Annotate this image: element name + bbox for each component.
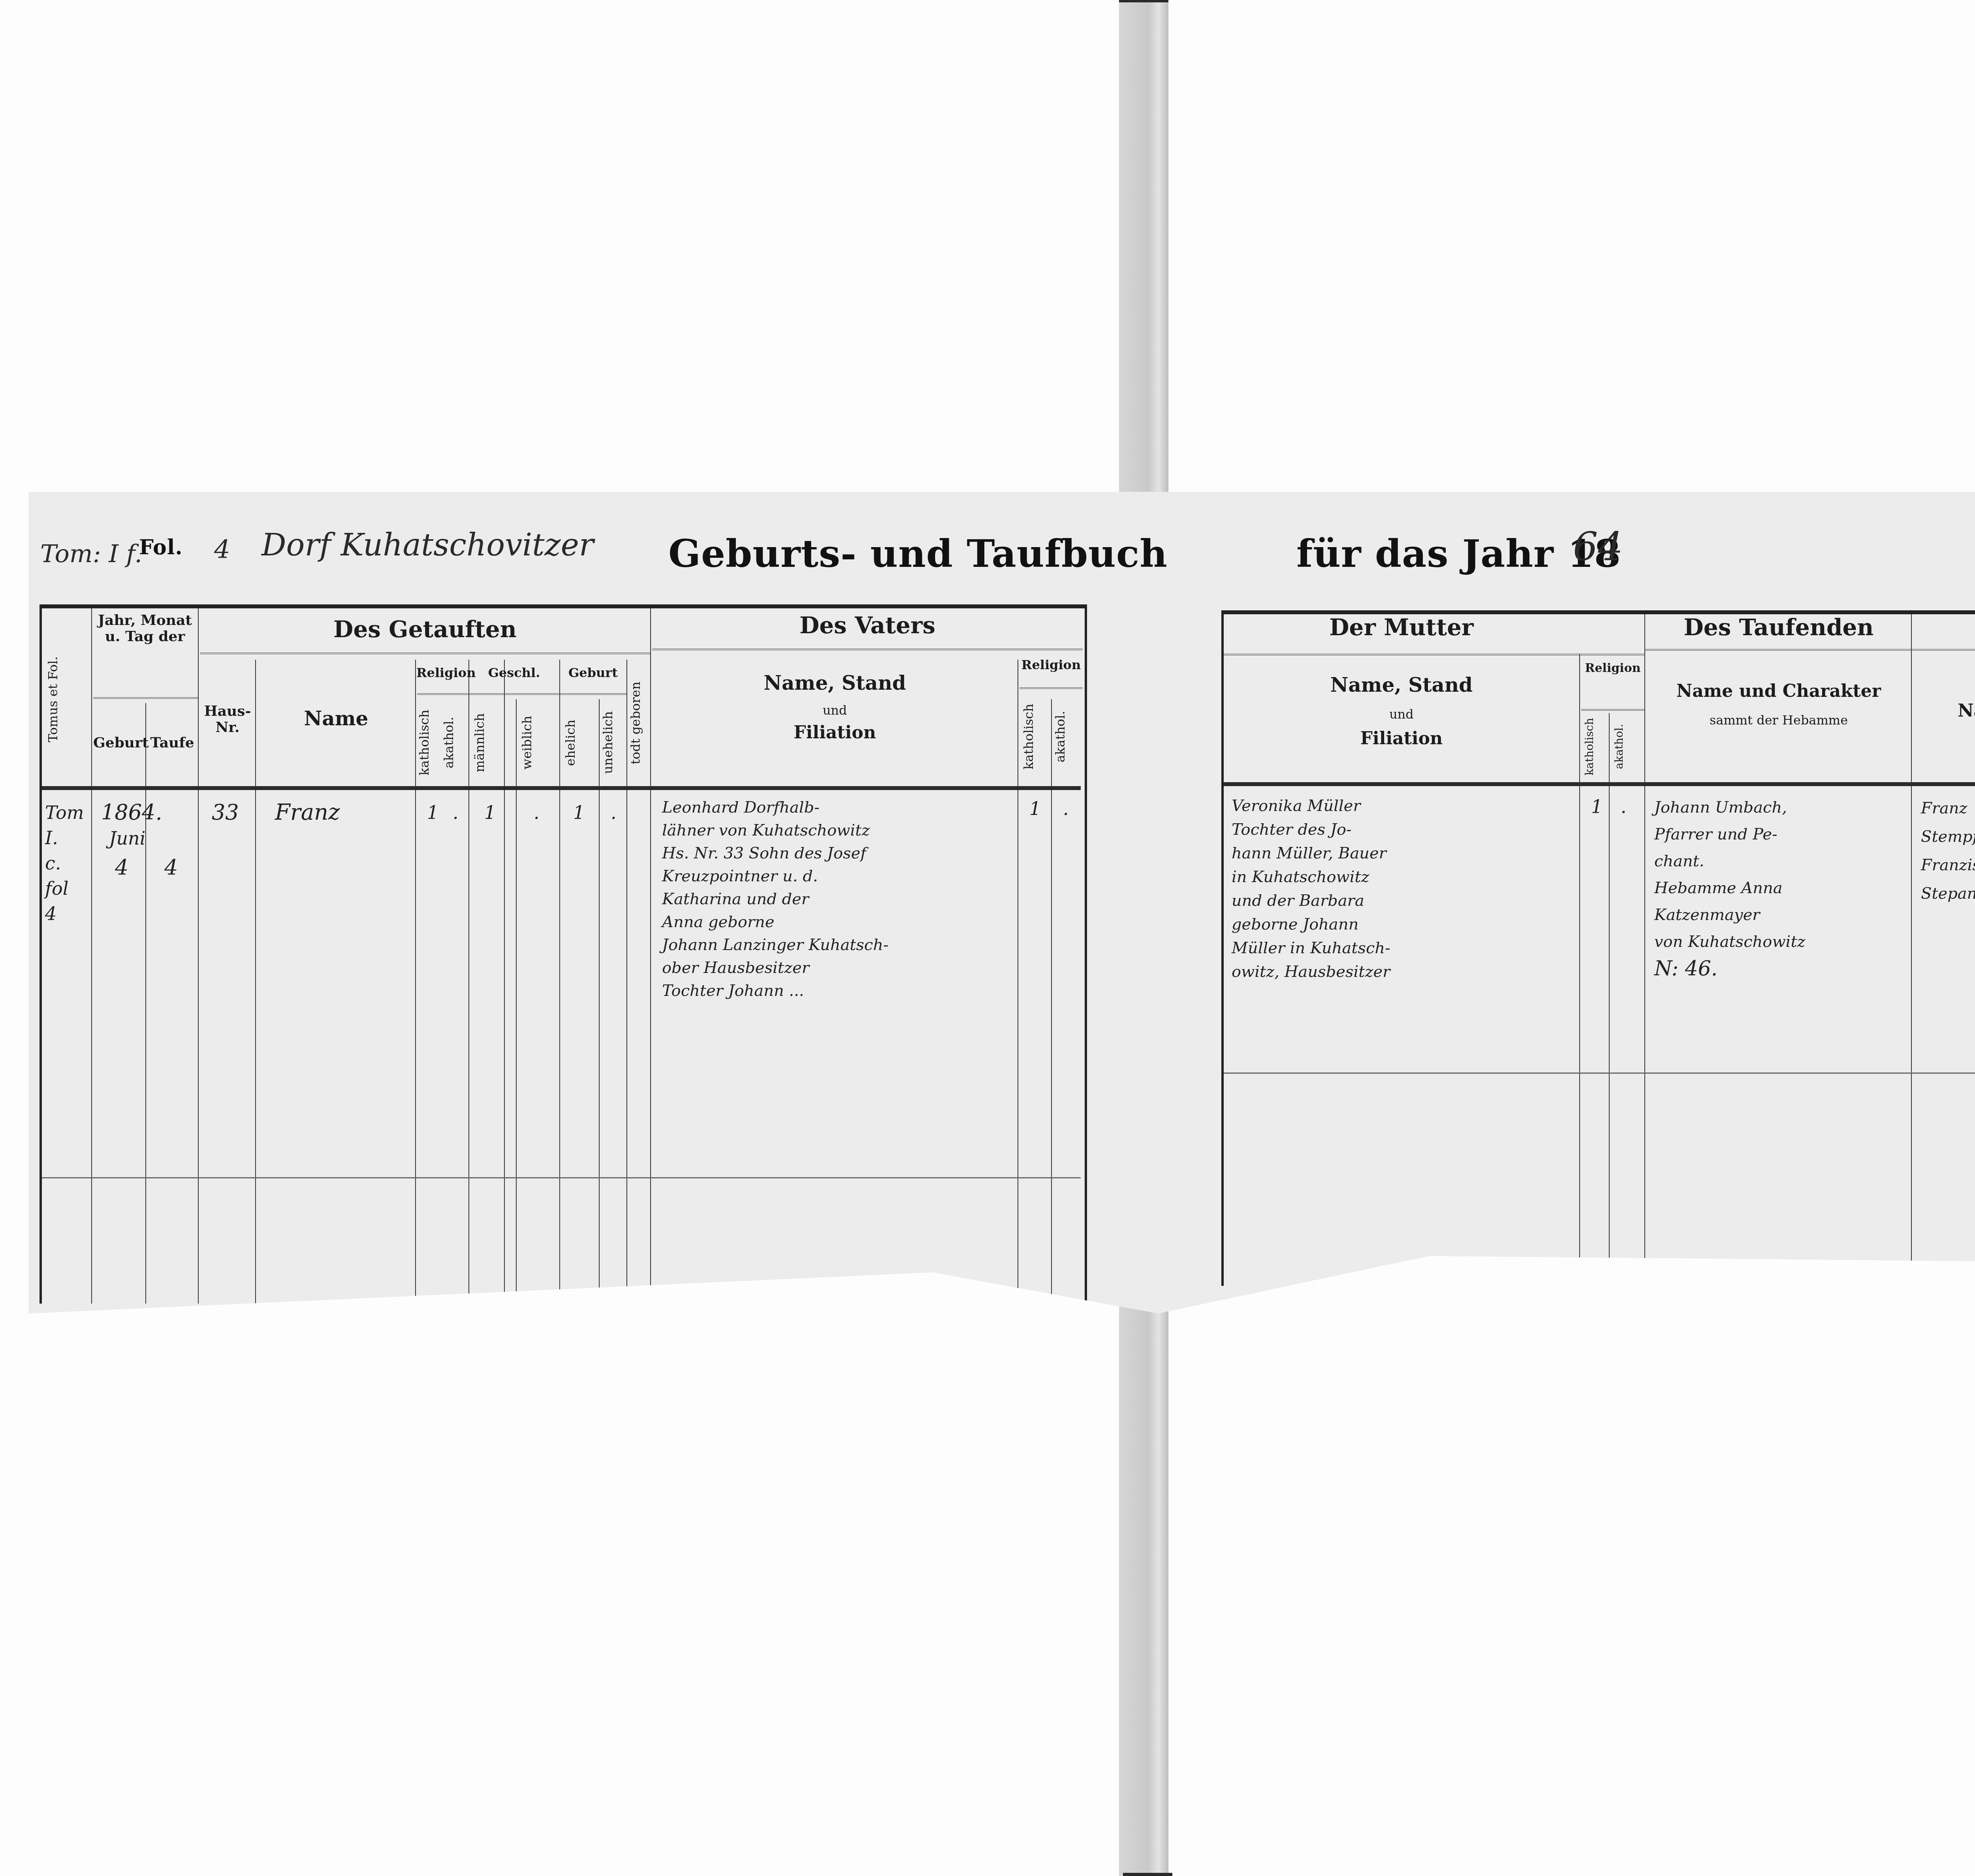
entry-separator — [1224, 1073, 1975, 1074]
header-mother-religion-cath: katholisch — [1583, 715, 1607, 778]
row-rule — [1019, 687, 1083, 689]
col-rule — [91, 608, 94, 1304]
header-baptizer-1: Name und Charakter — [1646, 681, 1911, 702]
header-stillborn: todt geboren — [628, 664, 650, 782]
register-sheet: Tom: I f. Fol. 4 Dorf Kuhatschovitzer Ge… — [28, 492, 1975, 1313]
header-godparents-group: Der Pathen — [1913, 614, 1975, 641]
header-father-name-2: und — [652, 703, 1018, 718]
header-father-religion-acath: akathol. — [1053, 695, 1081, 778]
spine-cap-bottom — [1123, 1873, 1172, 1876]
header-mother-name-2: und — [1224, 707, 1579, 722]
tomus-handwritten: Tom: I f. — [40, 539, 142, 568]
right-register-table: Der Mutter Name, Stand und Filiation Rel… — [1221, 610, 1975, 1286]
header-tomus-et-fol: Tomus et Fol. — [46, 620, 89, 778]
entry-birth-day: 4 — [115, 855, 128, 881]
entry-tomus-et-fol: Tom I. c. fol 4 — [45, 800, 90, 926]
entry-father-religion-cath: 1 — [1029, 796, 1041, 821]
col-rule — [1018, 660, 1020, 1304]
entry-house-no: 33 — [212, 800, 239, 825]
header-baptizer-2: sammt der Hebamme — [1646, 713, 1911, 728]
header-baptizer-group: Des Taufenden — [1646, 614, 1911, 641]
header-mother-name-1: Name, Stand — [1224, 674, 1579, 696]
row-rule — [652, 649, 1083, 650]
col-rule — [1609, 713, 1610, 1286]
entry-sex-male: 1 — [484, 800, 496, 825]
header-father-group: Des Vaters — [652, 612, 1083, 639]
register-title: Geburts- und Taufbuch — [668, 531, 1168, 576]
fol-value: 4 — [214, 535, 230, 564]
entry-birth-illegit: . — [611, 800, 617, 825]
spine-cap-top — [1119, 0, 1168, 2]
fol-label: Fol. — [139, 535, 183, 559]
header-father-name-3: Filiation — [652, 723, 1018, 743]
header-date-birth: Geburt — [93, 735, 145, 751]
entry-baptizer: Johann Umbach, Pfarrer und Pe- chant. He… — [1654, 794, 1907, 982]
entry-religion-cath: 1 — [427, 800, 438, 825]
entry-mother: Veronika Müller Tochter des Jo- hann Mül… — [1232, 794, 1575, 984]
col-rule — [504, 660, 505, 1304]
header-bottom-rule — [1224, 782, 1975, 786]
left-register-table: Tomus et Fol. Jahr, Monat u. Tag der Geb… — [39, 604, 1087, 1304]
col-rule — [255, 660, 256, 1304]
col-rule — [468, 660, 469, 1304]
entry-separator — [42, 1177, 1081, 1178]
header-date-baptism: Taufe — [147, 735, 198, 751]
entry-month: Juni — [109, 826, 145, 851]
entry-child-name: Franz — [275, 800, 340, 825]
row-rule — [417, 693, 626, 695]
header-mother-religion: Religion — [1581, 662, 1644, 676]
header-birth-illegit: unehelich — [601, 703, 624, 782]
row-rule — [1644, 649, 1975, 651]
header-sex-male: männlich — [472, 703, 496, 782]
header-father-name-1: Name, Stand — [652, 672, 1018, 694]
header-sex-female: weiblich — [520, 703, 544, 782]
entry-mother-religion-cath: 1 — [1591, 794, 1603, 819]
header-date-group: Jahr, Monat u. Tag der — [93, 612, 197, 645]
row-rule — [1581, 709, 1644, 711]
header-baptized-group: Des Getauften — [200, 616, 650, 643]
header-father-religion: Religion — [1019, 658, 1083, 672]
entry-father-religion-acath: . — [1063, 796, 1069, 821]
header-religion: Religion — [416, 666, 468, 680]
year-prefix: für das Jahr 18 — [1296, 531, 1621, 576]
header-house-no: Haus-Nr. — [200, 703, 255, 736]
entry-baptism-day: 4 — [164, 855, 178, 881]
entry-godparents-name: Franz Stempfle Franziska Stepan — [1921, 794, 1975, 908]
entry-sex-female: . — [534, 800, 540, 825]
header-birth: Geburt — [561, 666, 626, 680]
col-rule — [145, 703, 146, 1304]
header-mother-group: Der Mutter — [1224, 614, 1579, 641]
entry-year: 1864. — [101, 800, 162, 825]
header-birth-legit: ehelich — [563, 703, 587, 782]
header-father-religion-cath: katholisch — [1021, 695, 1049, 778]
col-rule — [1579, 654, 1580, 1286]
year-suffix-handwritten: 64 — [1573, 523, 1623, 570]
header-name: Name — [257, 707, 415, 730]
col-rule — [415, 660, 416, 1304]
header-mother-name-3: Filiation — [1224, 729, 1579, 749]
col-rule — [559, 660, 560, 1304]
row-rule — [93, 697, 198, 699]
header-religion-cath: katholisch — [417, 703, 441, 782]
header-godparents-name: Name — [1913, 701, 1975, 721]
entry-religion-acath: . — [453, 800, 459, 825]
header-sex: Geschl. — [470, 666, 559, 680]
village-name: Dorf Kuhatschovitzer — [261, 527, 594, 563]
col-rule — [626, 660, 627, 1304]
entry-mother-religion-acath: . — [1621, 794, 1627, 819]
header-bottom-rule — [42, 786, 1081, 790]
left-page: Tom: I f. Fol. 4 Dorf Kuhatschovitzer Ge… — [28, 492, 1095, 1313]
header-religion-acath: akathol. — [442, 703, 465, 782]
entry-birth-legit: 1 — [573, 800, 585, 825]
col-rule — [1911, 614, 1912, 1286]
row-rule — [1224, 654, 1644, 655]
entry-father: Leonhard Dorfhalb- lähner von Kuhatschow… — [662, 796, 1014, 1002]
right-page: für das Jahr 18 64 Der Mutter Name, Stan… — [1206, 492, 1975, 1313]
row-rule — [200, 653, 650, 654]
header-mother-religion-acath: akathol. — [1613, 715, 1636, 778]
